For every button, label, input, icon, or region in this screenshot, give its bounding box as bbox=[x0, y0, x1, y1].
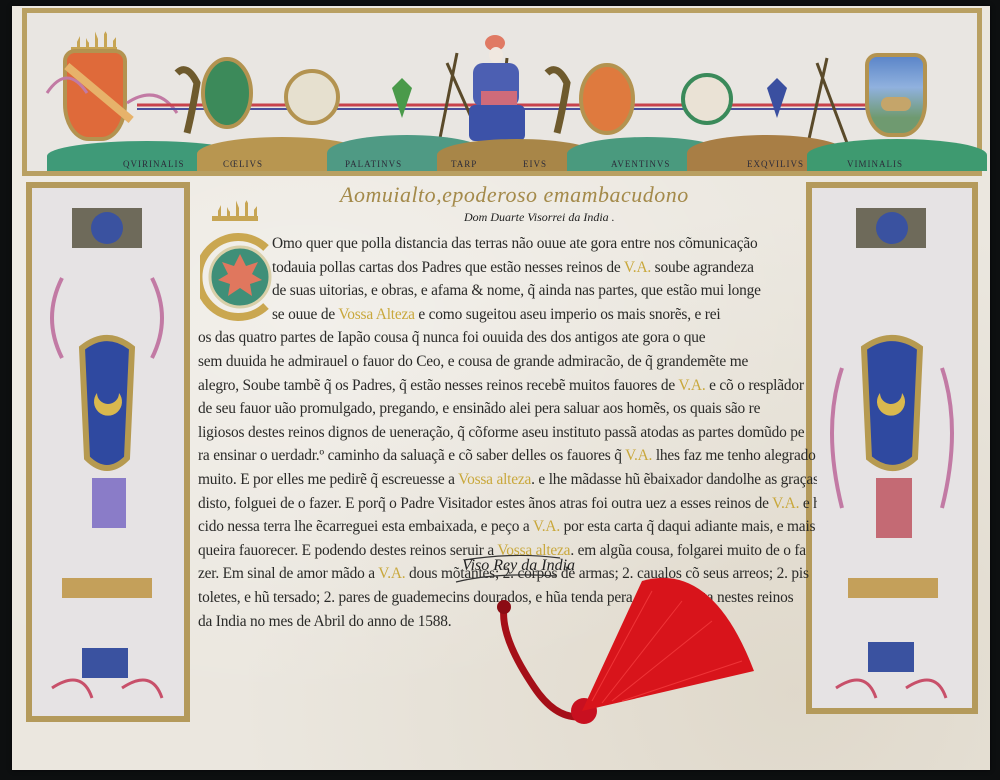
hill-label-caelius: CŒLIVS bbox=[223, 159, 263, 169]
manuscript-sheet: QVIRINALIS CŒLIVS PALATINVS TARP EIVS AV… bbox=[12, 6, 990, 770]
letter-title: Aomuialto,epoderoso emambacudono bbox=[340, 182, 689, 208]
addressee: Dom Duarte Visorrei da India . bbox=[464, 210, 615, 225]
text-line: ligiosos destes reinos dignos de ueneraç… bbox=[198, 421, 817, 445]
text-line: disto, folguei de o fazer. E porq̃ o Pad… bbox=[198, 492, 817, 516]
gilded-phrase: Vossa Alteza bbox=[338, 306, 414, 323]
text-line: de seu fauor uão promulgado, pregando, e… bbox=[198, 397, 817, 421]
text-line: sem duuida he admirauel o fauor do Ceo, … bbox=[198, 350, 817, 374]
text-line: muito. E por elles me pedirẽ q̃ escreues… bbox=[198, 468, 817, 492]
wolf-shield-icon bbox=[865, 53, 927, 137]
left-border-panel bbox=[26, 182, 190, 722]
hill-label-eius: EIVS bbox=[523, 159, 547, 169]
gilded-phrase: V.A. bbox=[772, 495, 799, 512]
red-silk-tassel-icon bbox=[492, 561, 762, 731]
text-line: se ouue de Vossa Alteza e como sugeitou … bbox=[272, 303, 817, 327]
hill-label-palatinus: PALATINVS bbox=[345, 159, 402, 169]
left-grotesque-ornament-icon bbox=[32, 188, 184, 716]
text-line: Omo quer que polla distancia das terras … bbox=[272, 232, 817, 256]
initial-crown-icon bbox=[212, 198, 258, 221]
gilded-phrase: V.A. bbox=[533, 518, 560, 535]
gilded-phrase: V.A. bbox=[678, 377, 705, 394]
hill-label-viminalis: VIMINALIS bbox=[847, 159, 903, 169]
top-frieze: QVIRINALIS CŒLIVS PALATINVS TARP EIVS AV… bbox=[22, 8, 982, 176]
hill-label-aventinus: AVENTINVS bbox=[611, 159, 670, 169]
text-line: alegro, Soube tambẽ q̃ os Padres, q̃ est… bbox=[198, 374, 817, 398]
gilded-phrase: V.A. bbox=[625, 447, 652, 464]
hill-label-quirinalis: QVIRINALIS bbox=[123, 159, 185, 169]
text-line: todauia pollas cartas dos Padres que est… bbox=[272, 256, 817, 280]
text-line: de suas uitorias, e obras, e afama & nom… bbox=[272, 279, 817, 303]
hill-label-esquilinus: EXQVILIVS bbox=[747, 159, 804, 169]
seven-hills: QVIRINALIS CŒLIVS PALATINVS TARP EIVS AV… bbox=[27, 131, 977, 171]
gilded-phrase: Vossa alteza bbox=[458, 471, 531, 488]
text-line: os das quatro partes de Iapão cousa q̃ n… bbox=[198, 326, 817, 350]
vine-leaf-initial-icon bbox=[200, 232, 276, 322]
hill-label-tarp: TARP bbox=[451, 159, 477, 169]
illuminated-initial bbox=[200, 232, 270, 316]
text-line: cido nessa terra lhe ẽcarreguei esta emb… bbox=[198, 515, 817, 539]
gilded-phrase: V.A. bbox=[378, 565, 405, 582]
right-grotesque-ornament-icon bbox=[812, 188, 972, 708]
gilded-phrase: V.A. bbox=[624, 259, 651, 276]
right-border-panel bbox=[806, 182, 978, 714]
roma-figure-icon bbox=[467, 35, 527, 143]
text-line: ra ensinar o uerdadr.º caminho da saluaç… bbox=[198, 444, 817, 468]
